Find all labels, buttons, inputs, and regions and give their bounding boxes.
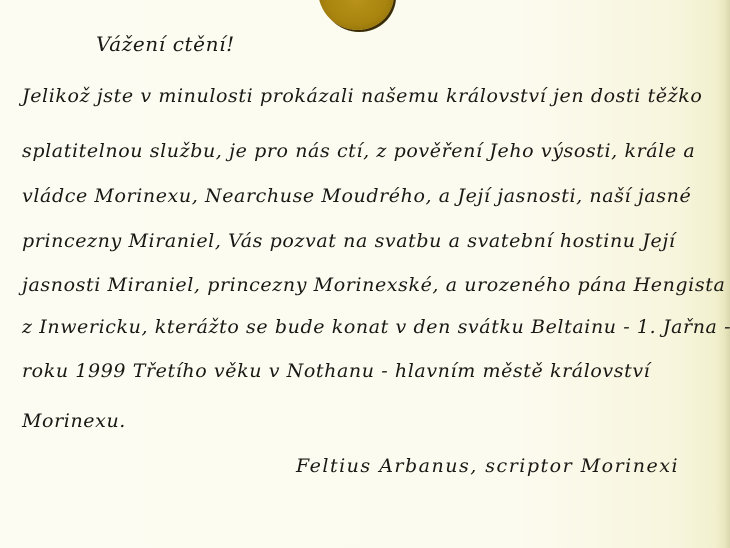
- letter-page: Vážení ctění! Jelikož jste v minulosti p…: [0, 0, 730, 548]
- letter-line: Jelikož jste v minulosti prokázali našem…: [22, 85, 702, 107]
- letter-signature: Feltius Arbanus, scriptor Morinexi: [296, 455, 679, 477]
- letter-line: splatitelnou službu, je pro nás ctí, z p…: [22, 140, 695, 162]
- letter-line: vládce Morinexu, Nearchuse Moudrého, a J…: [22, 185, 691, 207]
- wax-seal: [318, 0, 394, 30]
- letter-line: Morinexu.: [22, 410, 126, 432]
- letter-line: jasnosti Miraniel, princezny Morinexské,…: [22, 274, 725, 296]
- letter-line: roku 1999 Třetího věku v Nothanu - hlavn…: [22, 360, 650, 382]
- letter-greeting: Vážení ctění!: [96, 32, 235, 56]
- letter-line: princezny Miraniel, Vás pozvat na svatbu…: [22, 230, 676, 252]
- letter-line: z Inwericku, kterážto se bude konat v de…: [22, 316, 730, 338]
